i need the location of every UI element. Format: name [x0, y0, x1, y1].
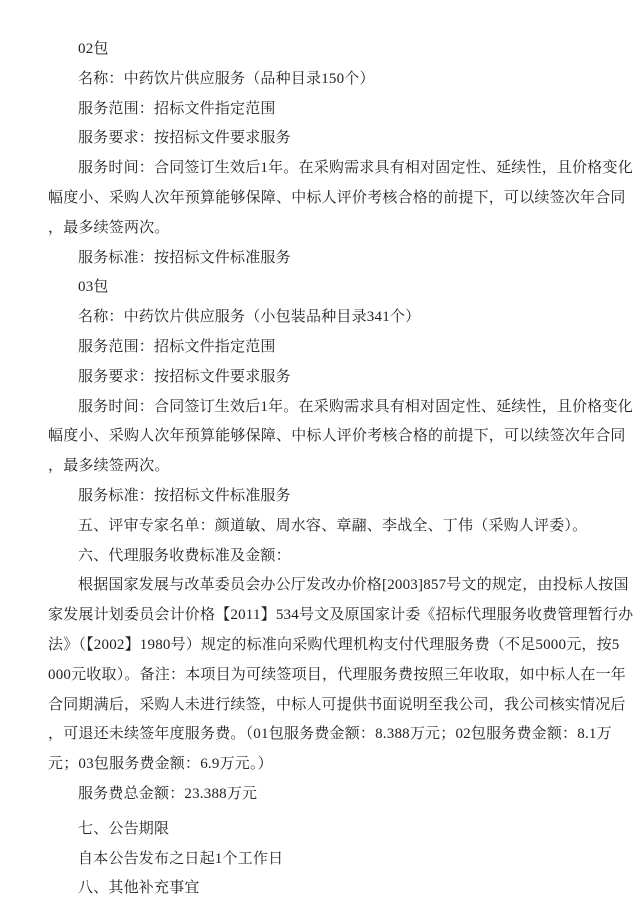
lot-03-scope: 服务范围：招标文件指定范围	[48, 333, 588, 363]
agency-fee-line-3: 法》（【2002】1980号）规定的标准向采购代理机构支付代理服务费（不足500…	[48, 631, 588, 661]
lot-02-heading: 02包	[48, 35, 588, 65]
lot-03-duration-line-1: 服务时间：合同签订生效后1年。在采购需求具有相对固定性、延续性，且价格变化	[48, 393, 588, 423]
section-7-heading: 七、公告期限	[48, 815, 588, 845]
lot-03-duration-line-3: ，最多续签两次。	[48, 452, 588, 482]
agency-fee-line-6: ，可退还未续签年度服务费。（01包服务费金额：8.388万元；02包服务费金额：…	[48, 720, 588, 750]
section-8-heading: 八、其他补充事宜	[48, 874, 588, 904]
agency-fee-line-1: 根据国家发展与改革委员会办公厅发改办价格[2003]857号文的规定，由投标人按…	[48, 571, 588, 601]
lot-02-duration-line-2: 幅度小、采购人次年预算能够保障、中标人评价考核合格的前提下，可以续签次年合同	[48, 184, 588, 214]
lot-02-requirement: 服务要求：按招标文件要求服务	[48, 124, 588, 154]
agency-fee-line-7: 元；03包服务费金额：6.9万元。）	[48, 750, 588, 780]
lot-02-scope: 服务范围：招标文件指定范围	[48, 95, 588, 125]
document-page: 02包 名称：中药饮片供应服务（品种目录150个） 服务范围：招标文件指定范围 …	[0, 0, 640, 916]
lot-03-heading: 03包	[48, 273, 588, 303]
agency-fee-line-4: 000元收取）。备注：本项目为可续签项目，代理服务费按照三年收取，如中标人在一年	[48, 661, 588, 691]
agency-fee-line-5: 合同期满后，采购人未进行续签，中标人可提供书面说明至我公司，我公司核实情况后	[48, 691, 588, 721]
section-5-expert-list: 五、评审专家名单：颜道敏、周水容、章翮、李战全、丁伟（采购人评委）。	[48, 512, 588, 542]
lot-03-name: 名称：中药饮片供应服务（小包装品种目录341个）	[48, 303, 588, 333]
lot-03-duration-line-2: 幅度小、采购人次年预算能够保障、中标人评价考核合格的前提下，可以续签次年合同	[48, 422, 588, 452]
notice-period: 自本公告发布之日起1个工作日	[48, 845, 588, 875]
lot-03-standard: 服务标准：按招标文件标准服务	[48, 482, 588, 512]
lot-02-name: 名称：中药饮片供应服务（品种目录150个）	[48, 65, 588, 95]
total-service-fee: 服务费总金额：23.388万元	[48, 780, 588, 810]
agency-fee-line-2: 家发展计划委员会计价格【2011】534号文及原国家计委《招标代理服务收费管理暂…	[48, 601, 588, 631]
document-body: 02包 名称：中药饮片供应服务（品种目录150个） 服务范围：招标文件指定范围 …	[48, 35, 588, 904]
section-6-heading: 六、代理服务收费标准及金额：	[48, 542, 588, 572]
lot-02-duration-line-1: 服务时间：合同签订生效后1年。在采购需求具有相对固定性、延续性，且价格变化	[48, 154, 588, 184]
lot-03-requirement: 服务要求：按招标文件要求服务	[48, 363, 588, 393]
lot-02-duration-line-3: ，最多续签两次。	[48, 214, 588, 244]
lot-02-standard: 服务标准：按招标文件标准服务	[48, 244, 588, 274]
